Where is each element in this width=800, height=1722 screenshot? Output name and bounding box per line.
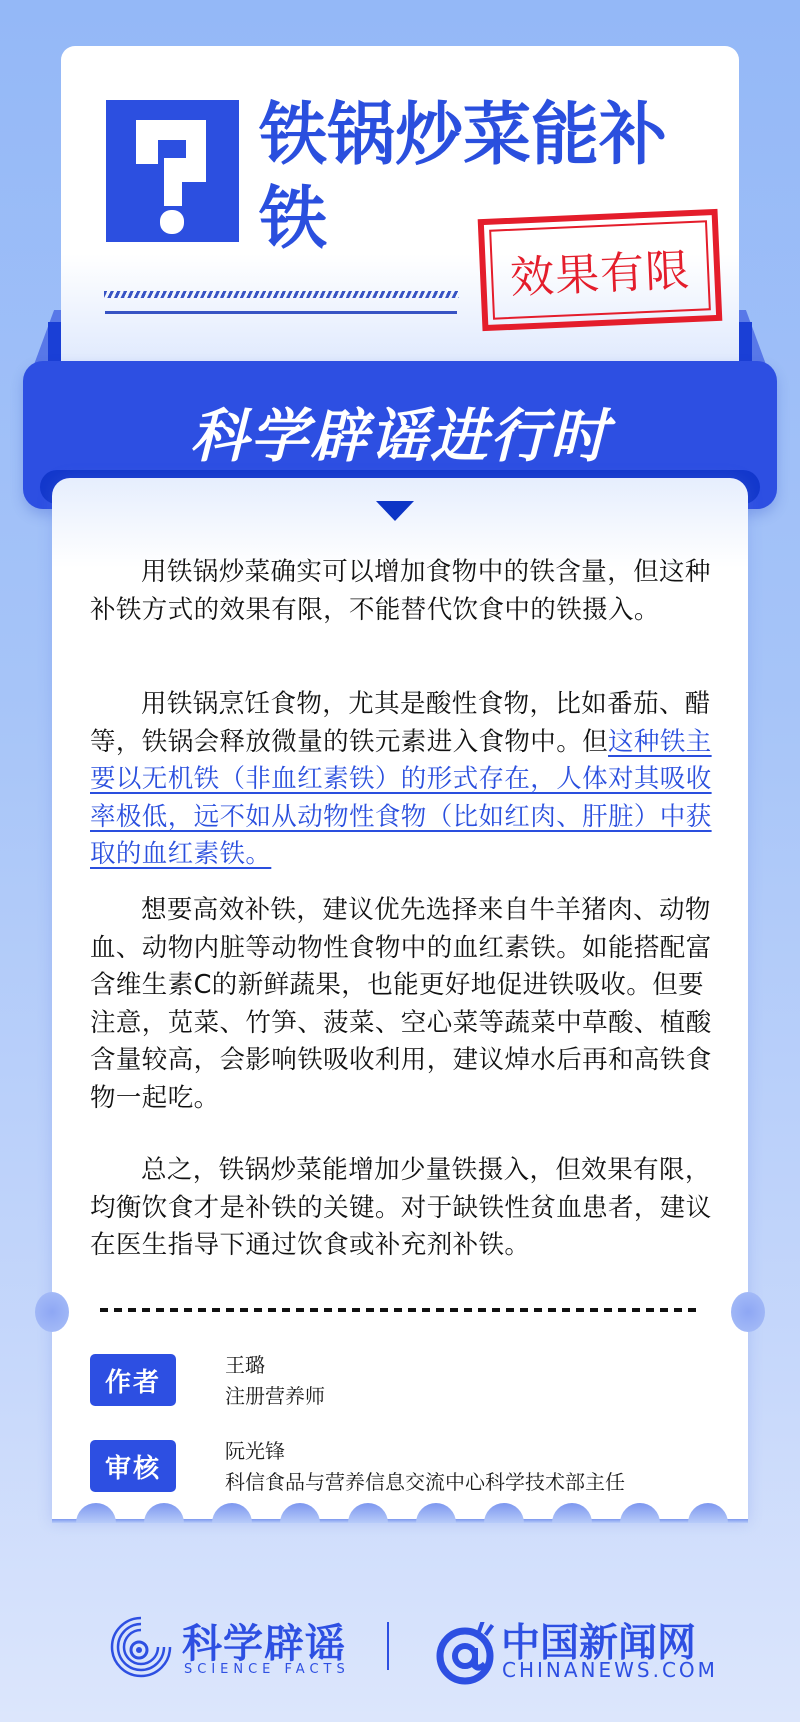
- chinanews-en: CHINANEWS.COM: [502, 1658, 718, 1682]
- hatched-divider: [104, 291, 459, 298]
- article-card: 用铁锅炒菜确实可以增加食物中的铁含量，但这种补铁方式的效果有限，不能替代饮食中的…: [52, 478, 748, 1522]
- author-badge: 作者: [90, 1354, 176, 1406]
- author-name: 王璐: [225, 1350, 325, 1381]
- reviewer-name: 阮光锋: [225, 1436, 625, 1467]
- paragraph-3: 想要高效补铁，建议优先选择来自牛羊猪肉、动物血、动物内脏等动物性食物中的血红素铁…: [90, 892, 716, 1117]
- verdict-stamp: 效果有限: [478, 209, 723, 331]
- divider-line: [105, 311, 457, 314]
- chinanews-logo: 中国新闻网 CHINANEWS.COM: [435, 1600, 705, 1690]
- question-mark-icon: [106, 100, 239, 242]
- title-line-1: 铁锅炒菜能补: [259, 94, 719, 178]
- ticket-notch-right: [731, 1292, 765, 1332]
- scalloped-edge: [52, 1493, 748, 1523]
- paragraph-4: 总之，铁锅炒菜能增加少量铁摄入，但效果有限，均衡饮食才是补铁的关键。对于缺铁性贫…: [90, 1152, 716, 1265]
- arrow-down-icon: [376, 501, 414, 521]
- ticket-notch-left: [35, 1292, 69, 1332]
- footer-divider: [387, 1622, 389, 1670]
- stamp-text: 效果有限: [489, 220, 711, 319]
- dashed-separator: [100, 1308, 700, 1312]
- banner-title: 科学辟谣进行时: [23, 389, 777, 473]
- at-sign-icon: [435, 1622, 499, 1686]
- author-title: 注册营养师: [225, 1381, 325, 1412]
- author-info: 王璐 注册营养师: [225, 1350, 325, 1412]
- reviewer-info: 阮光锋 科信食品与营养信息交流中心科学技术部主任: [225, 1436, 625, 1498]
- reviewer-badge: 审核: [90, 1440, 176, 1492]
- header-card: 铁锅炒菜能补 铁 效果有限: [61, 46, 739, 366]
- science-facts-emblem-icon: [108, 1614, 174, 1680]
- science-facts-en: SCIENCE FACTS: [184, 1662, 350, 1677]
- paragraph-2: 用铁锅烹饪食物，尤其是酸性食物，比如番茄、醋等，铁锅会释放微量的铁元素进入食物中…: [90, 686, 716, 874]
- paragraph-1: 用铁锅炒菜确实可以增加食物中的铁含量，但这种补铁方式的效果有限，不能替代饮食中的…: [90, 554, 716, 629]
- science-facts-cn: 科学辟谣: [182, 1612, 346, 1669]
- science-facts-logo: 科学辟谣 SCIENCE FACTS: [108, 1608, 368, 1688]
- footer: 科学辟谣 SCIENCE FACTS 中国新闻网 CHINANEWS.COM: [0, 1600, 800, 1690]
